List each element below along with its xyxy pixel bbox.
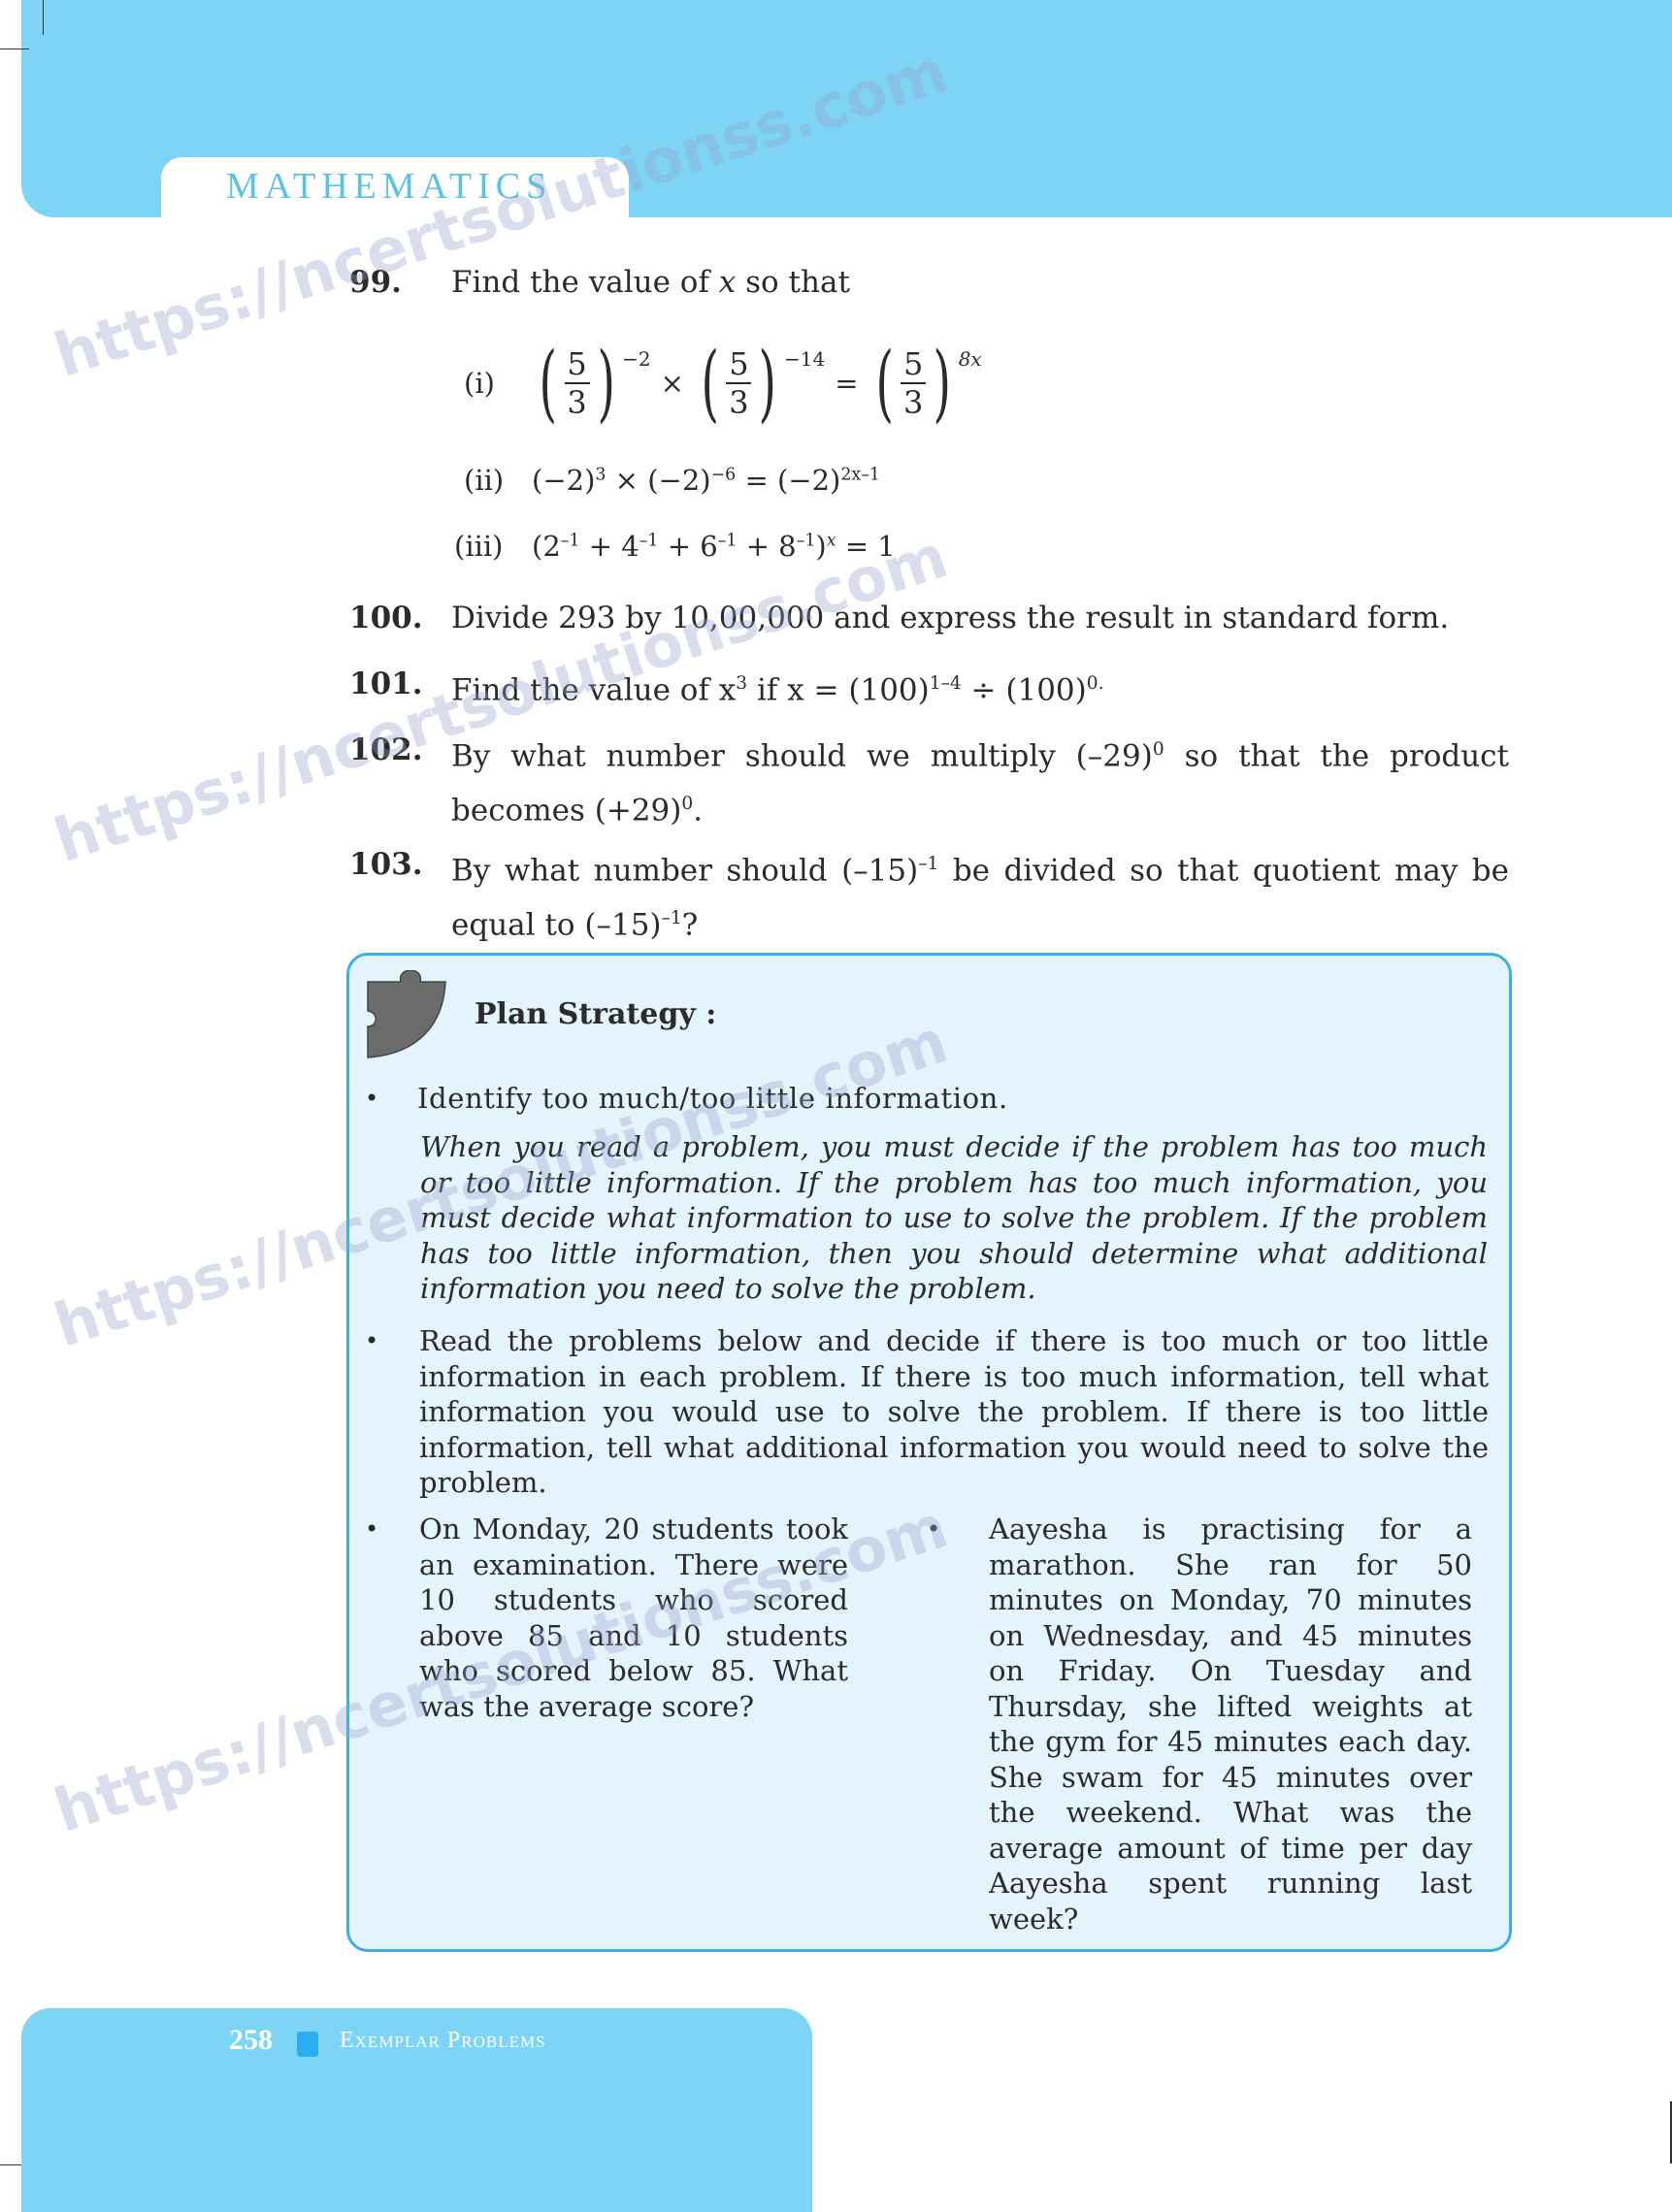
strategy-point-2: Read the problems below and decide if th…	[419, 1323, 1489, 1501]
bullet: •	[365, 1327, 378, 1354]
question-99-part-ii: (ii)(−2)3 × (−2)−6 = (−2)2x–1	[464, 464, 880, 497]
question-101: 101. Find the value of x3 if x = (100)1–…	[349, 660, 1509, 714]
bullet: •	[927, 1515, 940, 1543]
crop-mark	[43, 0, 44, 35]
strategy-problem-b: Aayesha is practising for a marathon. Sh…	[989, 1512, 1472, 1936]
question-number: 99.	[349, 258, 402, 307]
bullet: •	[365, 1085, 378, 1112]
question-99-part-i: (i) (53)−2 × (53)−14 = (53)8x	[464, 342, 982, 425]
book-title: Exemplar Problems	[340, 2028, 546, 2054]
strategy-point-1-detail: When you read a problem, you must decide…	[420, 1129, 1488, 1307]
bullet: •	[365, 1515, 378, 1543]
crop-mark	[0, 49, 29, 49]
footer-square-icon	[297, 2032, 318, 2057]
puzzle-piece-icon	[366, 970, 447, 1059]
page-number: 258	[229, 2024, 273, 2057]
question-99-part-iii: (iii)(2–1 + 4–1 + 6–1 + 8–1)x = 1	[454, 530, 896, 563]
strategy-point-1: Identify too much/too little information…	[417, 1081, 1490, 1117]
question-103: 103. By what number should (–15)–1 be di…	[349, 840, 1509, 950]
question-100: 100. Divide 293 by 10,00,000 and express…	[349, 594, 1509, 642]
question-102: 102. By what number should we multiply (…	[349, 726, 1509, 835]
subject-title: MATHEMATICS	[226, 165, 552, 208]
question-99: 99. Find the value of x so that	[349, 258, 1509, 307]
strategy-problem-a: On Monday, 20 students took an examinati…	[419, 1512, 848, 1724]
strategy-title: Plan Strategy :	[475, 997, 716, 1031]
